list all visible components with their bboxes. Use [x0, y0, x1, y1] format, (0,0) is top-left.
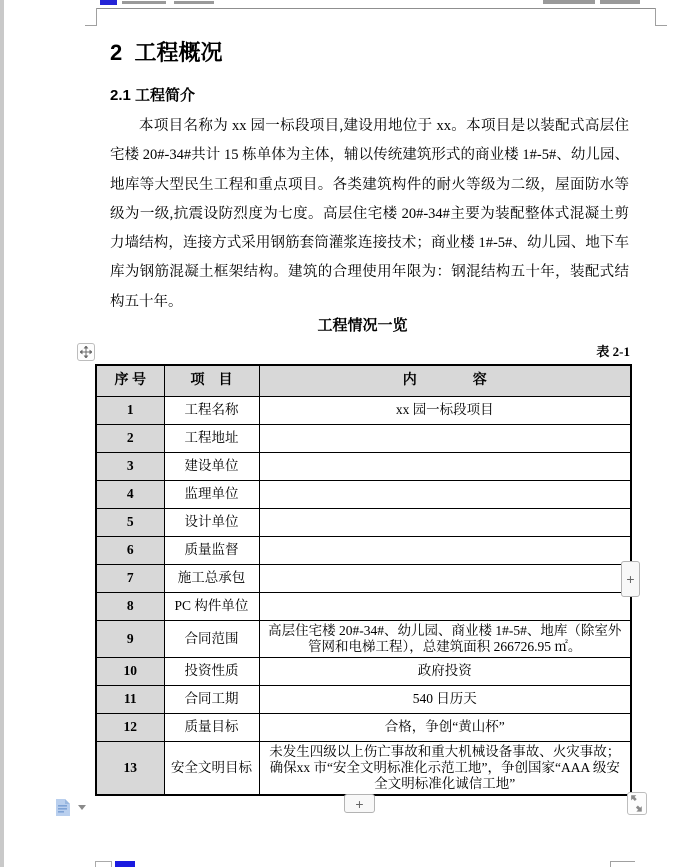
table-row: 12 质量目标 合格，争创“黄山杯” — [96, 713, 631, 741]
table-move-handle[interactable] — [77, 343, 95, 361]
resize-table-handle[interactable] — [627, 792, 647, 815]
next-page-header-icon — [115, 861, 135, 867]
table-row: 8 PC 构件单位 — [96, 592, 631, 620]
row-content-cell — [259, 536, 631, 564]
row-item-cell: 质量目标 — [164, 713, 259, 741]
row-content-cell: 高层住宅楼 20#-34#、幼儿园、商业楼 1#-5#、地库（除室外管网和电梯工… — [259, 620, 631, 657]
document-page: 2 工程概况 2.1 工程简介 本项目名称为 xx 园一标段项目,建设用地位于 … — [0, 0, 695, 867]
next-page-mark — [95, 861, 112, 867]
row-item-cell: PC 构件单位 — [164, 592, 259, 620]
row-number-cell: 9 — [96, 620, 164, 657]
table-header-row: 序 号 项 目 内 容 — [96, 365, 631, 396]
table-caption: 表 2-1 — [95, 341, 630, 360]
margin-corner-mark — [655, 8, 656, 26]
section-heading: 2.1 工程简介 — [110, 84, 195, 105]
margin-corner-mark — [85, 25, 96, 26]
diagonal-resize-icon — [628, 793, 646, 814]
table-title: 工程情况一览 — [95, 314, 630, 335]
insert-column-button[interactable]: + — [621, 561, 640, 597]
row-content-cell — [259, 480, 631, 508]
header-clipped-text — [600, 0, 640, 4]
row-item-cell: 工程地址 — [164, 424, 259, 452]
row-content-cell: 未发生四级以上伤亡事故和重大机械设备事故、火灾事故；确保xx 市“安全文明标准化… — [259, 741, 631, 795]
row-item-cell: 监理单位 — [164, 480, 259, 508]
row-number-cell: 1 — [96, 396, 164, 424]
intro-paragraph: 本项目名称为 xx 园一标段项目,建设用地位于 xx。本项目是以装配式高层住宅楼… — [110, 112, 629, 317]
row-item-cell: 合同工期 — [164, 685, 259, 713]
row-content-cell: 政府投资 — [259, 657, 631, 685]
header-clipped-text — [174, 1, 214, 4]
row-item-cell: 建设单位 — [164, 452, 259, 480]
header-no: 序 号 — [96, 365, 164, 396]
row-number-cell: 3 — [96, 452, 164, 480]
margin-corner-mark — [655, 25, 667, 26]
table-row: 11 合同工期 540 日历天 — [96, 685, 631, 713]
paste-options-control[interactable] — [54, 798, 88, 818]
row-item-cell: 合同范围 — [164, 620, 259, 657]
project-table-body: 1 工程名称 xx 园一标段项目 2 工程地址 3 建设单位 4 监理单位 5 … — [96, 396, 631, 795]
table-row: 7 施工总承包 — [96, 564, 631, 592]
paste-document-icon — [54, 798, 72, 817]
header-item: 项 目 — [164, 365, 259, 396]
row-item-cell: 工程名称 — [164, 396, 259, 424]
chapter-heading: 2 工程概况 — [110, 36, 222, 67]
row-content-cell — [259, 424, 631, 452]
table-row: 6 质量监督 — [96, 536, 631, 564]
row-number-cell: 8 — [96, 592, 164, 620]
table-row: 5 设计单位 — [96, 508, 631, 536]
header-logo-icon — [100, 0, 117, 5]
table-row: 10 投资性质 政府投资 — [96, 657, 631, 685]
row-number-cell: 10 — [96, 657, 164, 685]
next-page-corner-mark — [610, 861, 635, 862]
row-number-cell: 5 — [96, 508, 164, 536]
row-content-cell: xx 园一标段项目 — [259, 396, 631, 424]
chevron-down-icon[interactable] — [78, 805, 86, 810]
table-row: 4 监理单位 — [96, 480, 631, 508]
row-content-cell — [259, 508, 631, 536]
row-number-cell: 4 — [96, 480, 164, 508]
header-content: 内 容 — [259, 365, 631, 396]
insert-row-button[interactable]: + — [344, 794, 375, 813]
table-row: 9 合同范围 高层住宅楼 20#-34#、幼儿园、商业楼 1#-5#、地库（除室… — [96, 620, 631, 657]
table-row: 13 安全文明目标 未发生四级以上伤亡事故和重大机械设备事故、火灾事故；确保xx… — [96, 741, 631, 795]
row-content-cell — [259, 452, 631, 480]
row-item-cell: 安全文明目标 — [164, 741, 259, 795]
row-number-cell: 13 — [96, 741, 164, 795]
table-row: 1 工程名称 xx 园一标段项目 — [96, 396, 631, 424]
margin-corner-mark — [96, 8, 97, 26]
move-arrows-icon — [80, 346, 92, 358]
header-rule — [96, 8, 656, 9]
row-number-cell: 7 — [96, 564, 164, 592]
row-number-cell: 11 — [96, 685, 164, 713]
row-item-cell: 设计单位 — [164, 508, 259, 536]
next-page-corner-mark — [610, 861, 611, 867]
row-content-cell — [259, 564, 631, 592]
row-item-cell: 施工总承包 — [164, 564, 259, 592]
window-edge-strip — [0, 0, 4, 867]
row-number-cell: 6 — [96, 536, 164, 564]
row-content-cell: 合格，争创“黄山杯” — [259, 713, 631, 741]
row-number-cell: 2 — [96, 424, 164, 452]
row-item-cell: 质量监督 — [164, 536, 259, 564]
table-row: 2 工程地址 — [96, 424, 631, 452]
header-clipped-text — [543, 0, 595, 4]
row-item-cell: 投资性质 — [164, 657, 259, 685]
row-number-cell: 12 — [96, 713, 164, 741]
row-content-cell: 540 日历天 — [259, 685, 631, 713]
header-clipped-text — [122, 1, 166, 4]
project-overview-table: 序 号 项 目 内 容 1 工程名称 xx 园一标段项目 2 工程地址 3 建设… — [95, 364, 632, 796]
row-content-cell — [259, 592, 631, 620]
table-row: 3 建设单位 — [96, 452, 631, 480]
